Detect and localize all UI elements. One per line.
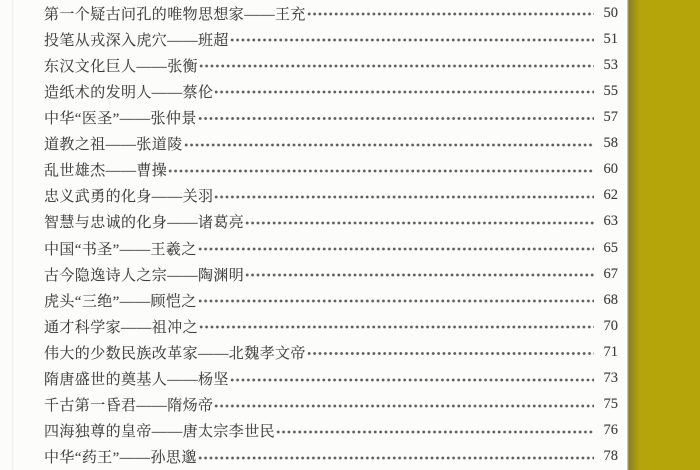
dot-leader [168,157,594,183]
dot-leader [199,52,594,78]
toc-entry-page-number: 73 [595,370,618,387]
dot-leader [198,235,594,261]
toc-entry: 道教之祖——张道陵 58 [0,131,627,157]
dot-leader [230,366,594,392]
toc-entry: 通才科学家——祖冲之 70 [0,313,627,339]
toc-entry: 隋唐盛世的奠基人——杨坚 73 [0,366,627,392]
toc-entry: 智慧与忠诚的化身——诸葛亮 63 [0,209,627,235]
toc-entry: 中华“医圣”——张仲景 57 [0,104,627,130]
toc-list: 第一个疑古问孔的唯物思想家——王充 50 投笔从戎深入虎穴——班超 51 东汉文… [0,0,627,470]
toc-entry-page-number: 62 [595,187,618,204]
toc-entry: 造纸术的发明人——蔡伦 55 [0,78,627,104]
toc-entry-title: 千古第一昏君——隋炀帝 [44,394,213,415]
dot-leader [214,183,594,209]
toc-entry: 忠义武勇的化身——关羽 62 [0,183,627,209]
toc-entry: 四海独尊的皇帝——唐太宗李世民 76 [0,418,627,444]
toc-entry: 中国“书圣”——王羲之 65 [0,235,627,261]
dot-leader [245,209,594,235]
toc-entry-title: 通才科学家——祖冲之 [44,316,198,337]
toc-entry-title: 隋唐盛世的奠基人——杨坚 [44,368,229,389]
toc-entry-title: 古今隐逸诗人之宗——陶渊明 [44,264,244,285]
dot-leader [199,313,594,339]
toc-entry-title: 伟大的少数民族改革家——北魏孝文帝 [44,342,306,363]
toc-entry: 乱世雄杰——曹操 60 [0,157,627,183]
toc-entry: 中华“药王”——孙思邈 78 [0,444,627,470]
toc-entry-title: 道教之祖——张道陵 [44,133,183,154]
toc-entry-page-number: 51 [595,31,618,48]
toc-entry-page-number: 55 [595,83,618,100]
toc-entry-title: 投笔从戎深入虎穴——班超 [44,29,229,50]
toc-entry-page-number: 53 [595,57,618,74]
toc-entry-page-number: 58 [595,135,618,152]
dot-leader [214,78,594,104]
toc-entry: 投笔从戎深入虎穴——班超 51 [0,26,627,52]
toc-entry-title: 乱世雄杰——曹操 [44,159,167,180]
toc-entry-title: 第一个疑古问孔的唯物思想家——王充 [44,3,306,24]
toc-entry: 古今隐逸诗人之宗——陶渊明 67 [0,261,627,287]
scanned-book-page: 第一个疑古问孔的唯物思想家——王充 50 投笔从戎深入虎穴——班超 51 东汉文… [0,0,700,470]
toc-entry-page-number: 75 [595,396,618,413]
toc-entry-page-number: 71 [595,344,618,361]
dot-leader [307,339,594,365]
toc-entry-title: 忠义武勇的化身——关羽 [44,185,213,206]
dot-leader [245,261,594,287]
dot-leader [198,104,594,130]
toc-entry-page-number: 67 [595,266,618,283]
toc-entry-page-number: 50 [595,5,618,22]
dot-leader [276,418,594,444]
toc-entry-page-number: 78 [595,448,618,465]
toc-entry-title: 智慧与忠诚的化身——诸葛亮 [44,211,244,232]
toc-entry: 千古第一昏君——隋炀帝 75 [0,392,627,418]
toc-entry-title: 中华“医圣”——张仲景 [44,107,197,128]
toc-entry-page-number: 76 [595,422,618,439]
toc-entry-title: 东汉文化巨人——张衡 [44,55,198,76]
toc-entry-page-number: 68 [595,292,618,309]
toc-entry: 东汉文化巨人——张衡 53 [0,52,627,78]
toc-entry-title: 四海独尊的皇帝——唐太宗李世民 [44,420,275,441]
book-cover-band [627,0,700,470]
toc-entry-title: 中华“药王”——孙思邈 [44,446,197,467]
dot-leader [184,131,594,157]
toc-entry-page-number: 63 [595,213,618,230]
dot-leader [198,444,594,470]
toc-entry-title: 造纸术的发明人——蔡伦 [44,81,213,102]
dot-leader [214,392,594,418]
toc-entry-page-number: 57 [595,109,618,126]
dot-leader [307,0,594,26]
toc-entry-page-number: 65 [595,240,618,257]
dot-leader [198,287,594,313]
toc-entry-title: 中国“书圣”——王羲之 [44,238,197,259]
toc-entry-page-number: 70 [595,318,618,335]
toc-entry: 虎头“三绝”——顾恺之 68 [0,287,627,313]
toc-entry-title: 虎头“三绝”——顾恺之 [44,290,197,311]
dot-leader [230,26,594,52]
toc-entry: 第一个疑古问孔的唯物思想家——王充 50 [0,0,627,26]
toc-entry: 伟大的少数民族改革家——北魏孝文帝 71 [0,339,627,365]
toc-entry-page-number: 60 [595,161,618,178]
